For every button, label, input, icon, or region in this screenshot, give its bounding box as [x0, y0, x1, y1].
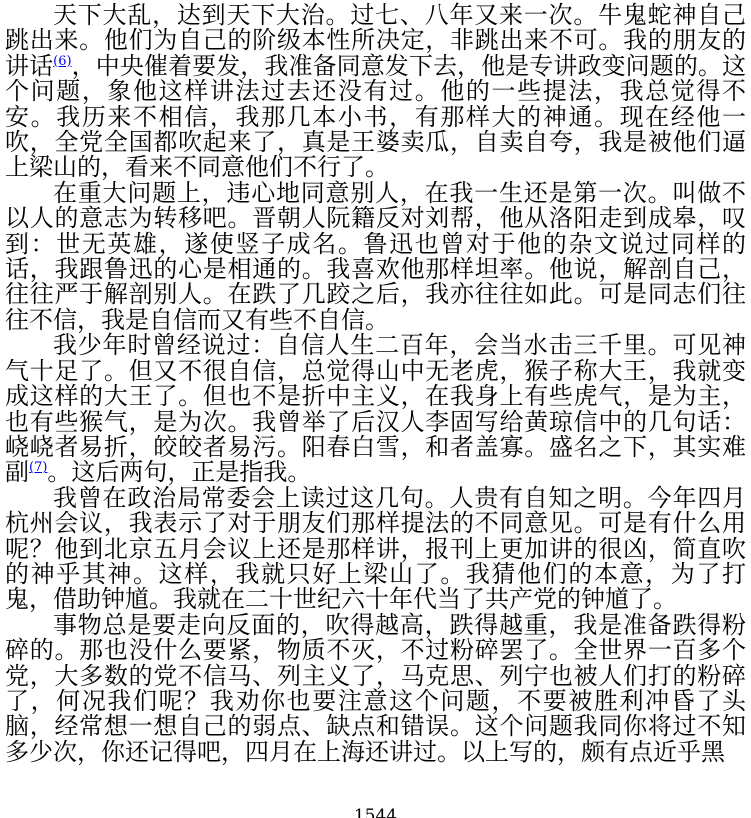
paragraph: 我曾在政治局常委会上读过这几句。人贵有自知之明。今年四月杭州会议，我表示了对于朋…	[5, 486, 746, 613]
page-number: 1544	[0, 806, 751, 818]
paragraph: 事物总是要走向反面的，吹得越高，跌得越重，我是准备跌得粉碎的。那也没什么要紧，物…	[5, 613, 746, 765]
document-page: 天下大乱，达到天下大治。过七、八年又来一次。牛鬼蛇神自己跳出来。他们为自己的阶级…	[0, 0, 751, 818]
paragraph-text: 事物总是要走向反面的，吹得越高，跌得越重，我是准备跌得粉碎的。那也没什么要紧，物…	[5, 611, 746, 766]
paragraph-text: 我曾在政治局常委会上读过这几句。人贵有自知之明。今年四月杭州会议，我表示了对于朋…	[5, 484, 746, 614]
paragraph-text: ，中央催着要发，我准备同意发下去，他是专讲政变问题的。这个问题，象他这样讲法过去…	[5, 52, 746, 182]
paragraph: 在重大问题上，违心地同意别人，在我一生还是第一次。叫做不以人的意志为转移吧。晋朝…	[5, 181, 746, 333]
paragraph: 我少年时曾经说过：自信人生二百年，会当水击三千里。可见神气十足了。但又不很自信，…	[5, 333, 746, 485]
footnote-link-6[interactable]: (6)	[53, 54, 71, 69]
paragraph-text: 在重大问题上，违心地同意别人，在我一生还是第一次。叫做不以人的意志为转移吧。晋朝…	[5, 179, 746, 334]
paragraph: 天下大乱，达到天下大治。过七、八年又来一次。牛鬼蛇神自己跳出来。他们为自己的阶级…	[5, 3, 746, 181]
footnote-sup: (6)	[53, 46, 71, 70]
footnote-link-7[interactable]: (7)	[29, 460, 47, 475]
paragraph-text: 。这后两句，正是指我。	[47, 458, 311, 486]
text-block: 天下大乱，达到天下大治。过七、八年又来一次。牛鬼蛇神自己跳出来。他们为自己的阶级…	[5, 3, 746, 765]
footnote-sup: (7)	[29, 452, 47, 476]
